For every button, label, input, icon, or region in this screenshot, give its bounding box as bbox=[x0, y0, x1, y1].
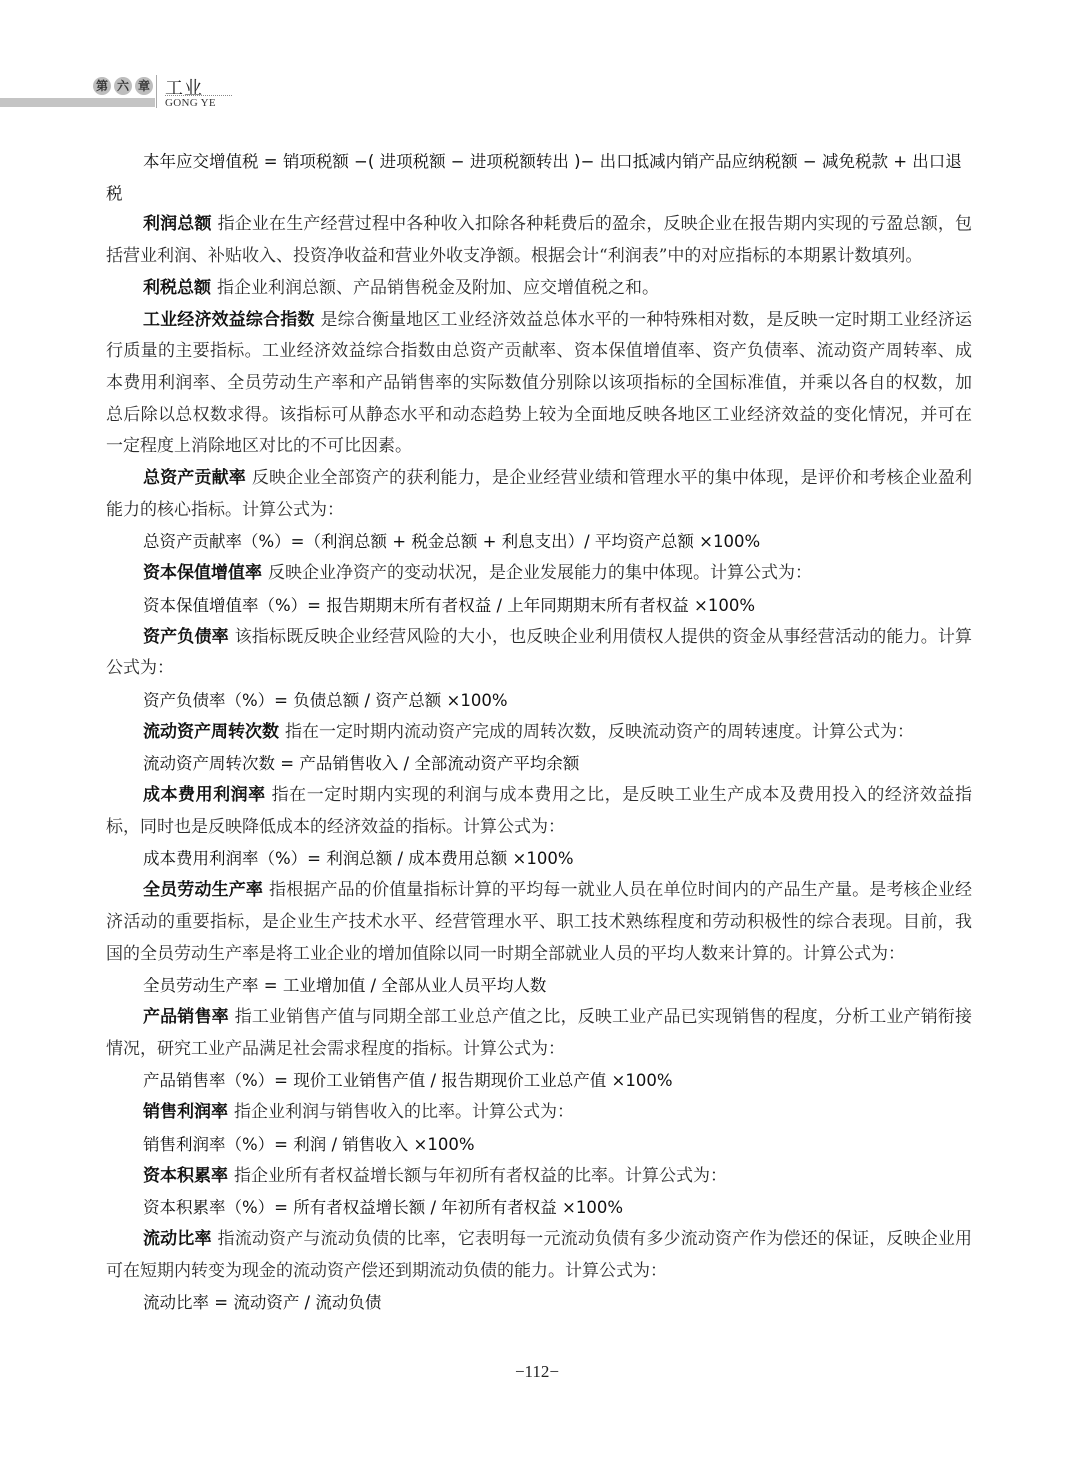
definition-text: 指企业利润总额、产品销售税金及附加、应交增值税之和。 bbox=[217, 278, 659, 298]
section-pinyin: GONG YE bbox=[165, 97, 216, 109]
page-number: −112− bbox=[0, 1362, 1074, 1382]
definition-paragraph: 利税总额指企业利润总额、产品销售税金及附加、应交增值税之和。 bbox=[106, 273, 972, 305]
formula: 产品销售率（%）= 现价工业销售产值 / 报告期现价工业总产值 ×100% bbox=[106, 1065, 972, 1097]
header-bar bbox=[0, 98, 155, 107]
formula: 总资产贡献率（%）=（利润总额 + 税金总额 + 利息支出）/ 平均资产总额 ×… bbox=[106, 526, 972, 558]
formula: 资本积累率（%）= 所有者权益增长额 / 年初所有者权益 ×100% bbox=[106, 1192, 972, 1224]
definition-paragraph: 资本积累率指企业所有者权益增长额与年初所有者权益的比率。计算公式为： bbox=[106, 1161, 972, 1193]
definition-text: 指工业销售产值与同期全部工业总产值之比，反映工业产品已实现销售的程度，分析工业产… bbox=[106, 1007, 972, 1059]
formula: 资产负债率（%）= 负债总额 / 资产总额 ×100% bbox=[106, 685, 972, 717]
definition-paragraph: 销售利润率指企业利润与销售收入的比率。计算公式为： bbox=[106, 1097, 972, 1129]
header-divider bbox=[156, 75, 157, 108]
formula-vat: 本年应交增值税 = 销项税额 −( 进项税额 − 进项税额转出 )− 出口抵减内… bbox=[106, 146, 972, 209]
definition-text: 指在一定时期内流动资产完成的周转次数，反映流动资产的周转速度。计算公式为： bbox=[285, 722, 914, 742]
chapter-badge: 第 bbox=[93, 77, 111, 95]
definition-paragraph: 总资产贡献率反映企业全部资产的获利能力，是企业经营业绩和管理水平的集中体现，是评… bbox=[106, 463, 972, 526]
term: 产品销售率 bbox=[143, 1007, 229, 1027]
definition-text: 指企业在生产经营过程中各种收入扣除各种耗费后的盈余，反映企业在报告期内实现的亏盈… bbox=[106, 214, 972, 266]
definition-paragraph: 流动比率指流动资产与流动负债的比率，它表明每一元流动负债有多少流动资产作为偿还的… bbox=[106, 1224, 972, 1287]
definition-paragraph: 成本费用利润率指在一定时期内实现的利润与成本费用之比，是反映工业生产成本及费用投… bbox=[106, 780, 972, 843]
definition-text: 该指标既反映企业经营风险的大小，也反映企业利用债权人提供的资金从事经营活动的能力… bbox=[106, 627, 972, 679]
definition-paragraph: 工业经济效益综合指数是综合衡量地区工业经济效益总体水平的一种特殊相对数，是反映一… bbox=[106, 305, 972, 464]
definition-paragraph: 利润总额指企业在生产经营过程中各种收入扣除各种耗费后的盈余，反映企业在报告期内实… bbox=[106, 209, 972, 272]
chapter-badge: 章 bbox=[135, 77, 153, 95]
term: 资本保值增值率 bbox=[143, 563, 262, 583]
definition-text: 指企业利润与销售收入的比率。计算公式为： bbox=[234, 1102, 574, 1122]
definition-paragraph: 产品销售率指工业销售产值与同期全部工业总产值之比，反映工业产品已实现销售的程度，… bbox=[106, 1002, 972, 1065]
term: 销售利润率 bbox=[143, 1102, 228, 1122]
definition-paragraph: 资产负债率该指标既反映企业经营风险的大小，也反映企业利用债权人提供的资金从事经营… bbox=[106, 622, 972, 685]
term: 全员劳动生产率 bbox=[143, 880, 263, 900]
definition-paragraph: 流动资产周转次数指在一定时期内流动资产完成的周转次数，反映流动资产的周转速度。计… bbox=[106, 717, 972, 749]
term: 工业经济效益综合指数 bbox=[143, 310, 315, 330]
definition-text: 反映企业净资产的变动状况，是企业发展能力的集中体现。计算公式为： bbox=[268, 563, 812, 583]
term: 资本积累率 bbox=[143, 1166, 228, 1186]
term: 利税总额 bbox=[143, 278, 211, 298]
chapter-label: 第 六 章 bbox=[93, 77, 153, 95]
page-body: 本年应交增值税 = 销项税额 −( 进项税额 − 进项税额转出 )− 出口抵减内… bbox=[106, 146, 972, 1319]
term: 成本费用利润率 bbox=[143, 785, 266, 805]
page-header: 第 六 章 工业 GONG YE bbox=[0, 0, 1074, 120]
term: 总资产贡献率 bbox=[143, 468, 246, 488]
chapter-badge: 六 bbox=[114, 77, 132, 95]
formula: 销售利润率（%）= 利润 / 销售收入 ×100% bbox=[106, 1129, 972, 1161]
formula: 全员劳动生产率 = 工业增加值 / 全部从业人员平均人数 bbox=[106, 970, 972, 1002]
formula: 流动比率 = 流动资产 / 流动负债 bbox=[106, 1287, 972, 1319]
term: 资产负债率 bbox=[143, 627, 229, 647]
definition-text: 是综合衡量地区工业经济效益总体水平的一种特殊相对数，是反映一定时期工业经济运行质… bbox=[106, 310, 972, 457]
dotted-divider bbox=[165, 95, 232, 96]
formula: 资本保值增值率（%）= 报告期期末所有者权益 / 上年同期期末所有者权益 ×10… bbox=[106, 590, 972, 622]
formula: 流动资产周转次数 = 产品销售收入 / 全部流动资产平均余额 bbox=[106, 748, 972, 780]
definition-paragraph: 资本保值增值率反映企业净资产的变动状况，是企业发展能力的集中体现。计算公式为： bbox=[106, 558, 972, 590]
definition-text: 指企业所有者权益增长额与年初所有者权益的比率。计算公式为： bbox=[234, 1166, 727, 1186]
definition-paragraph: 全员劳动生产率指根据产品的价值量指标计算的平均每一就业人员在单位时间内的产品生产… bbox=[106, 875, 972, 970]
term: 利润总额 bbox=[143, 214, 212, 234]
term: 流动资产周转次数 bbox=[143, 722, 279, 742]
definition-text: 指流动资产与流动负债的比率，它表明每一元流动负债有多少流动资产作为偿还的保证，反… bbox=[106, 1229, 972, 1281]
term: 流动比率 bbox=[143, 1229, 212, 1249]
formula: 成本费用利润率（%）= 利润总额 / 成本费用总额 ×100% bbox=[106, 843, 972, 875]
